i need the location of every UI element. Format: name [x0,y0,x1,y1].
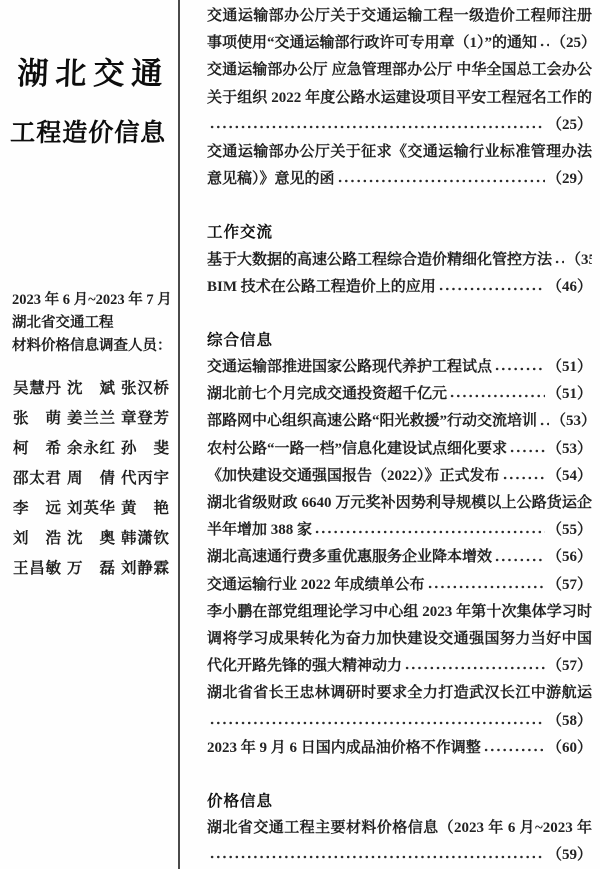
toc-entry-line: 湖北省级财政 6640 万元奖补因势利导规模以上公路货运企业 [207,490,592,517]
staff-name: 沈斌 [67,376,115,398]
toc-entry-line: 调将学习成果转化为奋力加快建设交通强国努力当好中国式现 [207,626,592,653]
staff-row: 张萌姜兰兰章登芳 [13,402,169,432]
toc-entry-text: 部路网中心组织高速公路“阳光救援”行动交流培训 [207,408,537,435]
toc-page-number: （58） [547,708,592,735]
contents-page: 湖北交通 工程造价信息 2023 年 6 月~2023 年 7 月 湖北省交通工… [0,0,600,869]
toc-entry-line: 关于组织 2022 年度公路水运建设项目平安工程冠名工作的通知 [207,85,592,112]
toc-entry-line: 交通运输部办公厅关于征求《交通运输行业标准管理办法（征求 [207,139,592,166]
toc-entry-text: 交通运输部办公厅关于交通运输工程一级造价工程师注册许可 [207,3,592,30]
toc-entry-line: （58） [207,708,592,735]
staff-name: 韩潇钦 [121,526,169,548]
dot-leader [539,30,549,57]
toc-entry-line: 交通运输行业 2022 年成绩单公布（57） [207,572,592,599]
toc-entry-line: 湖北省省长王忠林调研时要求全力打造武汉长江中游航运中心 [207,680,592,707]
toc-entry-text: 湖北高速通行费多重优惠服务企业降本增效 [207,544,492,571]
dot-leader [314,517,545,544]
toc-entry-line: 《加快建设交通强国报告（2022）》正式发布（54） [207,463,592,490]
dot-leader [209,112,545,139]
survey-staff-label: 材料价格信息调查人员： [12,335,174,358]
dot-leader [337,166,545,193]
staff-name: 王昌敏 [13,556,61,578]
toc-entry-line: 半年增加 388 家（55） [207,517,592,544]
masthead-column: 湖北交通 工程造价信息 2023 年 6 月~2023 年 7 月 湖北省交通工… [0,0,178,869]
toc-page-number: （46） [547,274,592,301]
dot-leader [494,544,545,571]
staff-row: 邵太君周倩代丙宇 [13,462,169,492]
toc-entry-line: BIM 技术在公路工程造价上的应用（46） [207,274,592,301]
toc-page-number: （55） [547,517,592,544]
toc-section: 交通运输部办公厅关于交通运输工程一级造价工程师注册许可事项使用“交通运输部行政许… [207,3,592,193]
toc-page-number: （59） [547,842,592,869]
toc-entry-text: 交通运输部办公厅关于征求《交通运输行业标准管理办法（征求 [207,139,592,166]
dot-leader [209,708,545,735]
toc-section-heading: 综合信息 [207,327,592,354]
toc-entry-line: 代化开路先锋的强大精神动力（57） [207,653,592,680]
toc-entry-line: 湖北高速通行费多重优惠服务企业降本增效（56） [207,544,592,571]
staff-name: 沈奥 [67,526,115,548]
toc-entry-line: （25） [207,112,592,139]
staff-row: 刘浩沈奥韩潇钦 [13,522,169,552]
toc-section: 综合信息交通运输部推进国家公路现代养护工程试点（51）湖北前七个月完成交通投资超… [207,327,592,762]
toc-entry-line: 交通运输部推进国家公路现代养护工程试点（51） [207,354,592,381]
dot-leader [438,274,545,301]
staff-name: 吴慧丹 [13,376,61,398]
toc-page-number: （57） [547,572,592,599]
toc-entry-line: 交通运输部办公厅 应急管理部办公厅 中华全国总工会办公厅 [207,57,592,84]
dot-leader [502,463,545,490]
dot-leader [494,354,545,381]
toc-entry-line: 事项使用“交通运输部行政许可专用章（1）”的通知（25） [207,30,592,57]
toc-entry-text: 2023 年 9 月 6 日国内成品油价格不作调整 [207,735,481,762]
survey-period: 2023 年 6 月~2023 年 7 月 [12,289,174,312]
staff-name: 张萌 [13,406,61,428]
staff-name: 孙斐 [121,436,169,458]
staff-name: 柯希 [13,436,61,458]
toc-page-number: （54） [547,463,592,490]
toc-entry-text: 农村公路“一路一档”信息化建设试点细化要求 [207,436,507,463]
toc-entry-text: 湖北省省长王忠林调研时要求全力打造武汉长江中游航运中心 [207,680,592,707]
staff-row: 李远刘英华黄艳 [13,492,169,522]
dot-leader [509,436,545,463]
toc-entry-text: 事项使用“交通运输部行政许可专用章（1）”的通知 [207,30,537,57]
toc-section-heading: 工作交流 [207,219,592,246]
staff-name: 姜兰兰 [67,406,115,428]
toc-entry-text: 意见稿）》意见的函 [207,166,335,193]
dot-leader [404,653,545,680]
toc-entry-line: 湖北前七个月完成交通投资超千亿元（51） [207,381,592,408]
dot-leader [554,247,564,274]
staff-name: 张汉桥 [121,376,169,398]
toc-entry-line: 交通运输部办公厅关于交通运输工程一级造价工程师注册许可 [207,3,592,30]
toc-entry-text: 交通运输部推进国家公路现代养护工程试点 [207,354,492,381]
toc-page-number: （53） [551,408,592,435]
dot-leader [483,735,545,762]
staff-name: 余永红 [67,436,115,458]
staff-name: 李远 [13,496,61,518]
staff-row: 吴慧丹沈斌张汉桥 [13,372,169,402]
toc-entry-text: 代化开路先锋的强大精神动力 [207,653,402,680]
toc-entry-text: 交通运输行业 2022 年成绩单公布 [207,572,425,599]
toc-section: 价格信息湖北省交通工程主要材料价格信息（2023 年 6 月~2023 年 7 … [207,788,592,869]
toc-page-number: （56） [547,544,592,571]
toc-entry-line: 部路网中心组织高速公路“阳光救援”行动交流培训（53） [207,408,592,435]
toc-entry-text: 湖北前七个月完成交通投资超千亿元 [207,381,447,408]
staff-name: 周倩 [67,466,115,488]
toc-page-number: （60） [547,735,592,762]
survey-info: 2023 年 6 月~2023 年 7 月 湖北省交通工程 材料价格信息调查人员… [12,289,174,358]
toc-page-number: （29） [547,166,592,193]
staff-name-list: 吴慧丹沈斌张汉桥张萌姜兰兰章登芳柯希余永红孙斐邵太君周倩代丙宇李远刘英华黄艳刘浩… [13,372,169,582]
dot-leader [539,408,549,435]
toc-entry-line: （59） [207,842,592,869]
staff-name: 黄艳 [121,496,169,518]
toc-entry-text: 交通运输部办公厅 应急管理部办公厅 中华全国总工会办公厅 [207,57,592,84]
publication-title-line2: 工程造价信息 [0,113,177,149]
survey-org: 湖北省交通工程 [12,312,174,335]
staff-name: 刘静霖 [121,556,169,578]
toc-page-number: （53） [547,436,592,463]
toc-entry-text: 调将学习成果转化为奋力加快建设交通强国努力当好中国式现 [207,626,592,653]
toc-entry-line: 湖北省交通工程主要材料价格信息（2023 年 6 月~2023 年 7 月） [207,815,592,842]
staff-name: 代丙宇 [121,466,169,488]
toc-entry-line: 农村公路“一路一档”信息化建设试点细化要求（53） [207,436,592,463]
dot-leader [209,842,545,869]
toc-entry-text: 《加快建设交通强国报告（2022）》正式发布 [207,463,500,490]
toc-page-number: （51） [547,354,592,381]
publication-title-line1: 湖北交通 [7,48,180,93]
toc-page-number: （35） [566,247,592,274]
staff-name: 章登芳 [121,406,169,428]
staff-name: 刘浩 [13,526,61,548]
toc-section-heading: 价格信息 [207,788,592,815]
toc-page-number: （25） [547,112,592,139]
dot-leader [449,381,545,408]
toc-page-number: （25） [551,30,592,57]
toc-entry-text: 关于组织 2022 年度公路水运建设项目平安工程冠名工作的通知 [207,85,592,112]
toc-entry-text: BIM 技术在公路工程造价上的应用 [207,274,436,301]
staff-name: 刘英华 [67,496,115,518]
publication-title: 湖北交通 工程造价信息 [0,48,180,149]
toc-entry-text: 李小鹏在部党组理论学习中心组 2023 年第十次集体学习时强 [207,599,592,626]
toc-entry-line: 基于大数据的高速公路工程综合造价精细化管控方法（35） [207,247,592,274]
staff-row: 王昌敏万磊刘静霖 [13,552,169,582]
toc-entry-text: 湖北省交通工程主要材料价格信息（2023 年 6 月~2023 年 7 月） [207,815,592,842]
staff-row: 柯希余永红孙斐 [13,432,169,462]
toc-section: 工作交流基于大数据的高速公路工程综合造价精细化管控方法（35）BIM 技术在公路… [207,219,592,301]
staff-name: 万磊 [67,556,115,578]
dot-leader [427,572,545,599]
table-of-contents: 交通运输部办公厅关于交通运输工程一级造价工程师注册许可事项使用“交通运输部行政许… [180,0,600,869]
toc-entry-text: 半年增加 388 家 [207,517,312,544]
staff-name: 邵太君 [13,466,61,488]
toc-entry-line: 意见稿）》意见的函（29） [207,166,592,193]
toc-page-number: （57） [547,653,592,680]
toc-entry-text: 基于大数据的高速公路工程综合造价精细化管控方法 [207,247,552,274]
toc-entry-line: 2023 年 9 月 6 日国内成品油价格不作调整（60） [207,735,592,762]
toc-page-number: （51） [547,381,592,408]
toc-entry-line: 李小鹏在部党组理论学习中心组 2023 年第十次集体学习时强 [207,599,592,626]
toc-entry-text: 湖北省级财政 6640 万元奖补因势利导规模以上公路货运企业 [207,490,592,517]
